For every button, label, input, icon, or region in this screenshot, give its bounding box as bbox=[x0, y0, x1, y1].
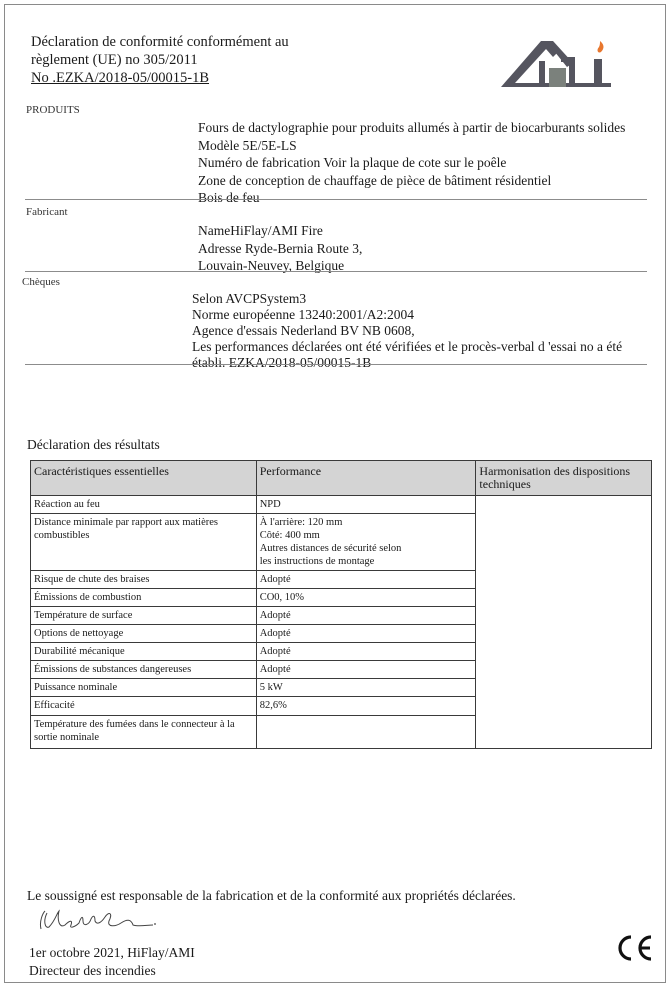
characteristic-cell: Émissions de substances dangereuses bbox=[31, 661, 257, 679]
characteristic-cell: Durabilité mécanique bbox=[31, 643, 257, 661]
detail-line: établi. EZKA/2018-05/00015-1B bbox=[192, 355, 622, 371]
document-title: Déclaration de conformité conformément a… bbox=[31, 33, 289, 87]
results-title: Déclaration des résultats bbox=[27, 437, 160, 453]
characteristic-cell: Réaction au feu bbox=[31, 496, 257, 514]
performance-value: 82,6% bbox=[260, 699, 473, 712]
characteristic-cell: Efficacité bbox=[31, 697, 257, 716]
performance-cell: Adopté bbox=[256, 607, 476, 625]
section-label-fabricant: Fabricant bbox=[26, 206, 68, 218]
table-header-row: Caractéristiques essentielles Performanc… bbox=[31, 461, 652, 496]
reference-number: No .EZKA/2018-05/00015-1B bbox=[31, 69, 289, 87]
ce-mark-icon bbox=[616, 935, 654, 961]
document-page: Déclaration de conformité conformément a… bbox=[4, 4, 666, 983]
detail-line: Numéro de fabrication Voir la plaque de … bbox=[198, 154, 625, 172]
detail-line: NameHiFlay/AMI Fire bbox=[198, 222, 362, 240]
performance-value: Adopté bbox=[260, 627, 473, 640]
signatory-role: Directeur des incendies bbox=[29, 962, 195, 980]
header-performance: Performance bbox=[256, 461, 476, 496]
detail-line: Adresse Ryde-Bernia Route 3, bbox=[198, 240, 362, 258]
section-label-cheques: Chèques bbox=[22, 276, 60, 288]
header-characteristics: Caractéristiques essentielles bbox=[31, 461, 257, 496]
detail-line: Fours de dactylographie pour produits al… bbox=[198, 119, 625, 137]
characteristic-cell: Température des fumées dans le connecteu… bbox=[31, 716, 257, 749]
characteristic-cell: Distance minimale par rapport aux matièr… bbox=[31, 514, 257, 571]
performance-cell: Adopté bbox=[256, 661, 476, 679]
performance-value: NPD bbox=[260, 498, 473, 511]
performance-value: les instructions de montage bbox=[260, 555, 473, 568]
performance-cell bbox=[256, 716, 476, 749]
performance-cell: 82,6% bbox=[256, 697, 476, 716]
section-label-produits: PRODUITS bbox=[26, 104, 80, 116]
performance-value: Côté: 400 mm bbox=[260, 529, 473, 542]
performance-cell: Adopté bbox=[256, 625, 476, 643]
divider bbox=[25, 271, 647, 272]
detail-line: Zone de conception de chauffage de pièce… bbox=[198, 172, 625, 190]
ami-logo-icon bbox=[501, 37, 619, 89]
detail-line: Modèle 5E/5E-LS bbox=[198, 137, 625, 155]
characteristic-cell: Émissions de combustion bbox=[31, 589, 257, 607]
harmonisation-cell bbox=[476, 496, 652, 749]
performance-cell: 5 kW bbox=[256, 679, 476, 697]
detail-line: Selon AVCPSystem3 bbox=[192, 291, 622, 307]
divider bbox=[25, 199, 647, 200]
performance-cell: À l'arrière: 120 mmCôté: 400 mmAutres di… bbox=[256, 514, 476, 571]
performance-value: Adopté bbox=[260, 663, 473, 676]
characteristic-cell: Options de nettoyage bbox=[31, 625, 257, 643]
produits-details: Fours de dactylographie pour produits al… bbox=[198, 119, 625, 207]
performance-value: CO0, 10% bbox=[260, 591, 473, 604]
performance-value: Adopté bbox=[260, 609, 473, 622]
divider bbox=[25, 364, 647, 365]
responsibility-statement: Le soussigné est responsable de la fabri… bbox=[27, 888, 516, 904]
characteristic-cell: Température de surface bbox=[31, 607, 257, 625]
signature-icon bbox=[35, 907, 165, 935]
performance-value: 5 kW bbox=[260, 681, 473, 694]
fabricant-details: NameHiFlay/AMI FireAdresse Ryde-Bernia R… bbox=[198, 222, 362, 275]
date-line: 1er octobre 2021, HiFlay/AMI bbox=[29, 944, 195, 962]
performance-value: À l'arrière: 120 mm bbox=[260, 516, 473, 529]
characteristic-cell: Puissance nominale bbox=[31, 679, 257, 697]
results-table: Caractéristiques essentielles Performanc… bbox=[30, 460, 652, 749]
characteristic-cell: Risque de chute des braises bbox=[31, 571, 257, 589]
signatory-block: 1er octobre 2021, HiFlay/AMI Directeur d… bbox=[29, 944, 195, 980]
table-row: Réaction au feuNPD bbox=[31, 496, 652, 514]
performance-cell: Adopté bbox=[256, 643, 476, 661]
title-line-1: Déclaration de conformité conformément a… bbox=[31, 33, 289, 51]
performance-cell: NPD bbox=[256, 496, 476, 514]
performance-cell: Adopté bbox=[256, 571, 476, 589]
header-harmonisation: Harmonisation des dispositions technique… bbox=[476, 461, 652, 496]
cheques-details: Selon AVCPSystem3Norme européenne 13240:… bbox=[192, 291, 622, 371]
detail-line: Les performances déclarées ont été vérif… bbox=[192, 339, 622, 355]
detail-line: Norme européenne 13240:2001/A2:2004 bbox=[192, 307, 622, 323]
title-line-2: règlement (UE) no 305/2011 bbox=[31, 51, 289, 69]
performance-value: Autres distances de sécurité selon bbox=[260, 542, 473, 555]
detail-line: Agence d'essais Nederland BV NB 0608, bbox=[192, 323, 622, 339]
performance-value: Adopté bbox=[260, 645, 473, 658]
performance-cell: CO0, 10% bbox=[256, 589, 476, 607]
performance-value: Adopté bbox=[260, 573, 473, 586]
detail-line: Bois de feu bbox=[198, 189, 625, 207]
